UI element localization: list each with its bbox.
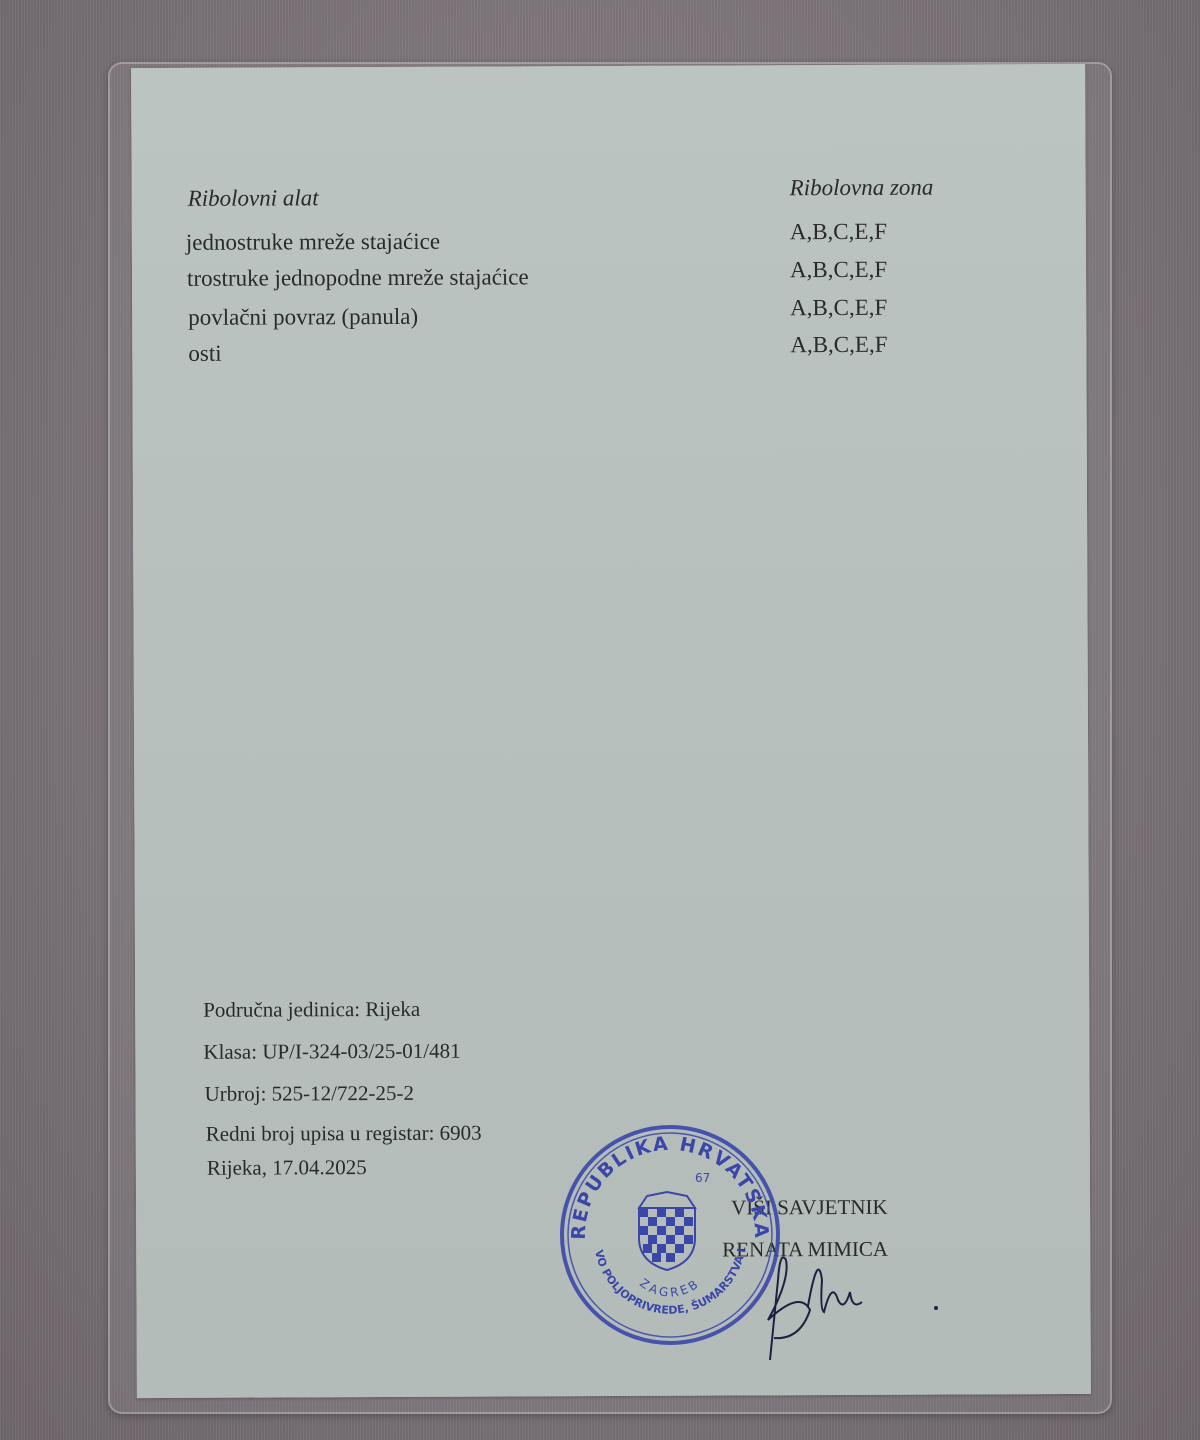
- coat-of-arms-icon: [639, 1192, 695, 1270]
- place-date: Rijeka, 17.04.2025: [207, 1155, 367, 1181]
- zone-row-3: A,B,C,E,F: [790, 295, 887, 321]
- register-number: Redni broj upisa u registar: 6903: [206, 1121, 482, 1147]
- gear-row-1: jednostruke mreže stajaćice: [186, 229, 440, 256]
- stamp-number: 67: [695, 1171, 710, 1185]
- signature: [740, 1220, 960, 1370]
- regional-unit: Područna jedinica: Rijeka: [203, 997, 420, 1023]
- zone-row-1: A,B,C,E,F: [790, 219, 887, 245]
- stamp-city: ZAGREB: [637, 1276, 703, 1300]
- urbroj-number: Urbroj: 525-12/722-25-2: [205, 1081, 414, 1107]
- gear-row-2: trostruke jednopodne mreže stajaćice: [187, 264, 529, 291]
- svg-text:ZAGREB: ZAGREB: [637, 1276, 703, 1300]
- gear-row-3: povlačni povraz (panula): [188, 304, 418, 331]
- gear-column-header: Ribolovni alat: [188, 185, 319, 212]
- zone-row-4: A,B,C,E,F: [790, 332, 887, 358]
- zone-row-2: A,B,C,E,F: [790, 257, 887, 283]
- klasa-number: Klasa: UP/I-324-03/25-01/481: [203, 1039, 460, 1065]
- zone-column-header: Ribolovna zona: [790, 175, 934, 202]
- gear-row-4: osti: [188, 341, 221, 367]
